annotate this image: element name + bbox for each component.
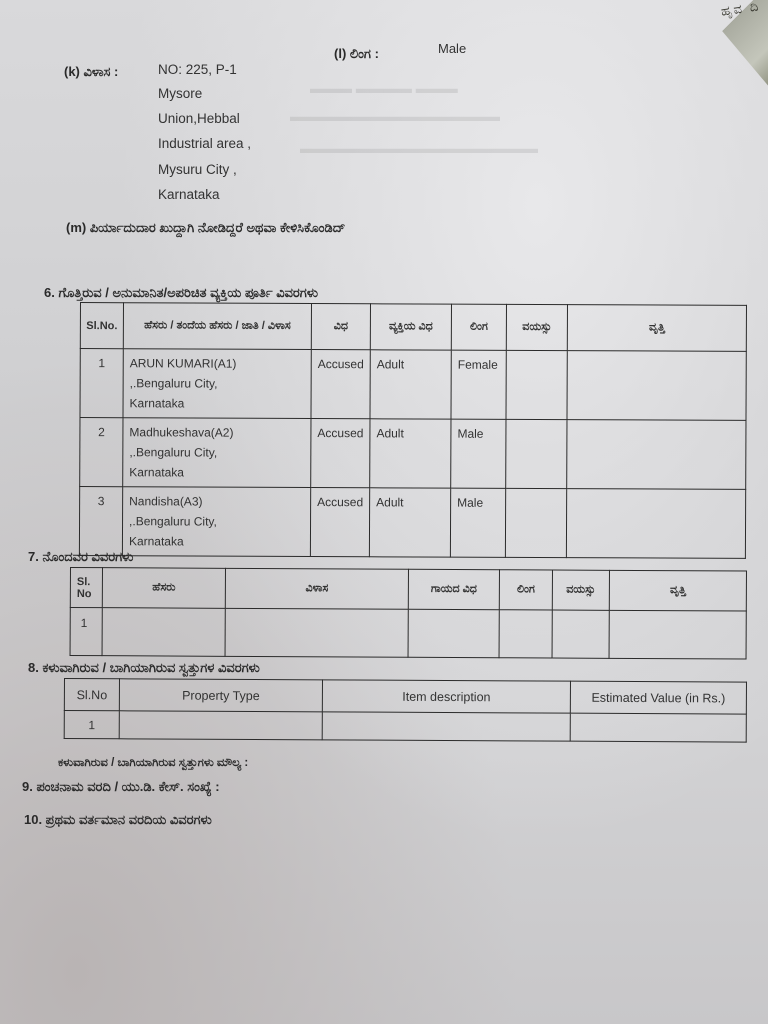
table-header-row: Sl.No Property Type Item description Est… bbox=[64, 679, 746, 715]
corner-text: ಹೃವ ದಿ bbox=[720, 0, 761, 20]
property-value-label: ಕಳುವಾಗಿರುವ / ಬಾಗಿಯಾಗಿರುವ ಸ್ವತ್ತುಗಳು ಮೌಲ್… bbox=[58, 757, 248, 770]
type: Accused bbox=[310, 488, 369, 557]
address bbox=[225, 608, 408, 657]
gender bbox=[499, 610, 552, 658]
complainant-witness-label: (m) ಪಿರ್ಯಾದುದಾರ ಖುದ್ದಾಗಿ ನೋಡಿದ್ದರೆ ಅಥವಾ … bbox=[66, 220, 345, 236]
property-table: Sl.No Property Type Item description Est… bbox=[64, 678, 747, 743]
person-type: Adult bbox=[370, 350, 451, 419]
gender: Male bbox=[450, 488, 505, 557]
table-row: 1 ARUN KUMARI(A1) ,.Bengaluru City, Karn… bbox=[80, 349, 746, 421]
col-item-description: Item description bbox=[322, 680, 570, 713]
item-description bbox=[322, 712, 570, 741]
col-occupation: ವೃತ್ತಿ bbox=[567, 305, 746, 352]
sl-no: 1 bbox=[80, 349, 123, 418]
age bbox=[505, 488, 566, 557]
col-name: ಹೆಸರು bbox=[102, 568, 225, 609]
section-7-title: 7. ನೊಂದವರ ವಿವರಗಳು bbox=[28, 549, 133, 565]
occupation bbox=[609, 610, 746, 659]
person-state: Karnataka bbox=[130, 393, 305, 414]
person-name: ARUN KUMARI(A1) bbox=[130, 353, 305, 374]
person-state: Karnataka bbox=[129, 531, 304, 552]
col-type: ವಿಧ bbox=[311, 304, 370, 350]
address-line: Mysore bbox=[158, 86, 202, 101]
accused-persons-table: Sl.No. ಹೆಸರು / ತಂದೆಯ ಹೆಸರು / ಜಾತಿ / ವಿಳಾ… bbox=[79, 302, 747, 559]
table-row: 1 bbox=[64, 711, 746, 743]
estimated-value bbox=[570, 713, 746, 742]
table-row: 1 bbox=[70, 608, 746, 660]
col-sl-no: Sl. No bbox=[70, 568, 102, 608]
table-header-row: Sl. No ಹೆಸರು ವಿಳಾಸ ಗಾಯದ ವಿಧ ಲಿಂಗ ವಯಸ್ಸು … bbox=[70, 568, 746, 612]
address-line: Mysuru City , bbox=[158, 162, 237, 177]
col-injury-type: ಗಾಯದ ವಿಧ bbox=[408, 569, 499, 609]
col-sl-no: Sl.No. bbox=[80, 303, 123, 349]
table-row: 2 Madhukeshava(A2) ,.Bengaluru City, Kar… bbox=[80, 418, 746, 490]
gender: Male bbox=[451, 419, 506, 488]
age bbox=[552, 610, 609, 658]
person-name: Nandisha(A3) bbox=[129, 491, 304, 512]
sl-no: 1 bbox=[70, 608, 102, 656]
table-header-row: Sl.No. ಹೆಸರು / ತಂದೆಯ ಹೆಸರು / ಜಾತಿ / ವಿಳಾ… bbox=[80, 303, 746, 352]
person-address: ,.Bengaluru City, bbox=[129, 442, 304, 463]
col-address: ವಿಳಾಸ bbox=[225, 568, 408, 609]
section-9-title: 9. ಪಂಚನಾಮ ವರದಿ / ಯು.ಡಿ. ಕೇಸ್. ಸಂಖ್ಯೆ : bbox=[22, 779, 220, 795]
col-sl-no: Sl.No bbox=[64, 679, 119, 711]
bleed-through-text: ▬▬▬▬▬▬▬▬▬▬▬▬▬▬▬▬▬ bbox=[300, 140, 538, 156]
person-state: Karnataka bbox=[129, 462, 304, 483]
col-occupation: ವೃತ್ತಿ bbox=[609, 570, 746, 611]
sl-no: 3 bbox=[79, 487, 122, 556]
section-8-title: 8. ಕಳುವಾಗಿರುವ / ಬಾಗಿಯಾಗಿರುವ ಸ್ವತ್ತುಗಳ ವಿ… bbox=[28, 660, 260, 676]
name bbox=[102, 608, 225, 657]
age bbox=[506, 419, 567, 488]
col-name-address: ಹೆಸರು / ತಂದೆಯ ಹೆಸರು / ಜಾತಿ / ವಿಳಾಸ bbox=[123, 303, 311, 350]
col-age: ವಯಸ್ಸು bbox=[552, 570, 609, 610]
section-10-title: 10. ಪ್ರಥಮ ವರ್ತಮಾನ ವರದಿಯ ವಿವರಗಳು bbox=[24, 812, 212, 828]
property-type bbox=[119, 711, 322, 740]
type: Accused bbox=[311, 350, 370, 419]
person-name: Madhukeshava(A2) bbox=[129, 422, 304, 443]
col-property-type: Property Type bbox=[119, 679, 322, 712]
col-gender: ಲಿಂಗ bbox=[499, 570, 552, 610]
address-line: NO: 225, P-1 bbox=[158, 62, 237, 77]
gender: Female bbox=[451, 350, 506, 419]
adjacent-page-corner: ಹೃವ ದಿ bbox=[648, 0, 768, 90]
victims-table: Sl. No ಹೆಸರು ವಿಳಾಸ ಗಾಯದ ವಿಧ ಲಿಂಗ ವಯಸ್ಸು … bbox=[70, 567, 747, 660]
person-type: Adult bbox=[370, 419, 451, 488]
col-person-type: ವ್ಯಕ್ತಿಯ ವಿಧ bbox=[370, 304, 451, 350]
name-address-cell: ARUN KUMARI(A1) ,.Bengaluru City, Karnat… bbox=[123, 349, 311, 419]
age bbox=[506, 350, 567, 419]
address-line: Karnataka bbox=[158, 187, 220, 202]
person-type: Adult bbox=[369, 488, 450, 557]
injury-type bbox=[408, 609, 499, 657]
col-gender: ಲಿಂಗ bbox=[451, 304, 506, 350]
occupation bbox=[567, 420, 746, 490]
name-address-cell: Madhukeshava(A2) ,.Bengaluru City, Karna… bbox=[123, 418, 311, 488]
sl-no: 2 bbox=[80, 418, 123, 487]
section-6-title: 6. ಗೊತ್ತಿರುವ / ಅನುಮಾನಿತ/ಅಪರಿಚಿತ ವ್ಯಕ್ತಿಯ… bbox=[44, 285, 318, 301]
type: Accused bbox=[311, 419, 370, 488]
occupation bbox=[567, 351, 746, 421]
sl-no: 1 bbox=[64, 711, 119, 739]
gender-label: (l) ಲಿಂಗ : bbox=[334, 46, 379, 62]
occupation bbox=[566, 489, 745, 559]
address-label: (k) ವಿಳಾಸ : bbox=[64, 64, 118, 80]
name-address-cell: Nandisha(A3) ,.Bengaluru City, Karnataka bbox=[122, 487, 310, 557]
address-line: Industrial area , bbox=[158, 136, 251, 151]
person-address: ,.Bengaluru City, bbox=[130, 373, 305, 394]
col-estimated-value: Estimated Value (in Rs.) bbox=[570, 681, 746, 714]
col-age: ವಯಸ್ಸು bbox=[506, 304, 567, 350]
table-row: 3 Nandisha(A3) ,.Bengaluru City, Karnata… bbox=[79, 487, 745, 559]
bleed-through-text: ▬▬▬▬▬▬▬▬▬▬▬▬▬▬▬ bbox=[290, 108, 500, 124]
address-line: Union,Hebbal bbox=[158, 111, 240, 126]
bleed-through-text: ▬▬▬ ▬▬▬▬ ▬▬▬ bbox=[310, 80, 458, 96]
person-address: ,.Bengaluru City, bbox=[129, 511, 304, 532]
gender-value: Male bbox=[438, 41, 466, 56]
